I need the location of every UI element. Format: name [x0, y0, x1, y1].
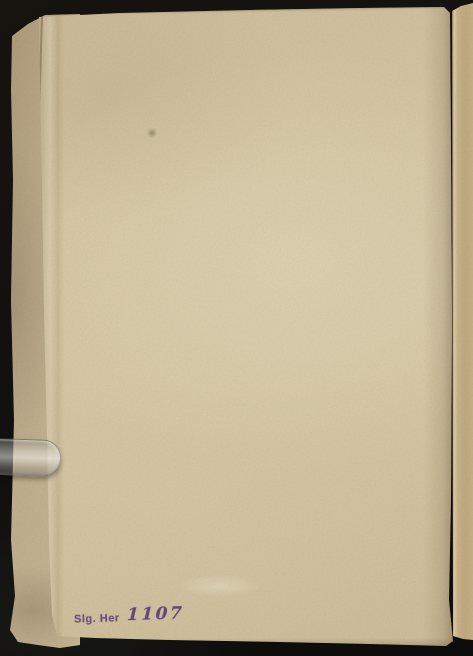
- main-page: Slg. Her1107: [0, 0, 473, 656]
- collection-stamp: Slg. Her1107: [74, 604, 184, 627]
- faint-stain: [180, 575, 260, 597]
- smudge-spot: [146, 128, 158, 138]
- stamp-prefix: Slg. Her: [74, 612, 120, 625]
- right-page-fore-edge: [449, 0, 473, 656]
- page-top-edge-shadow: [36, 2, 450, 16]
- scanned-book-page-photo: Slg. Her1107: [0, 0, 473, 656]
- paper-clip: [0, 438, 62, 477]
- stamp-number: 1107: [126, 603, 184, 625]
- page-bottom-shading: [40, 638, 460, 650]
